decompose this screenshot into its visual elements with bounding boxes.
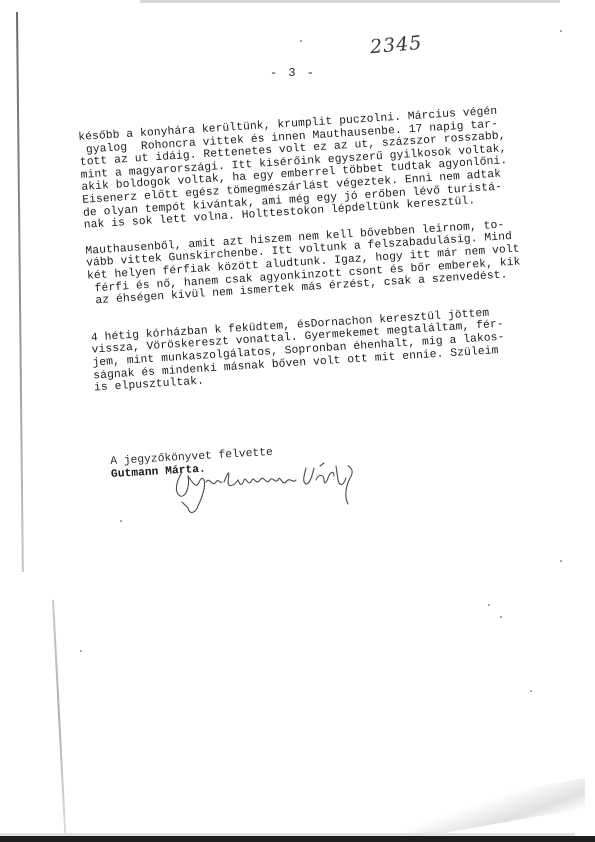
scan-bottom-border bbox=[0, 836, 595, 842]
page-fold-line-lower bbox=[52, 600, 66, 836]
handwritten-signature bbox=[168, 458, 363, 518]
handwritten-archive-number: 2345 bbox=[369, 32, 423, 58]
testimony-body: később a konyhára kerültünk, krumplit pu… bbox=[78, 102, 574, 395]
document-page: 2345 - 3 - később a konyhára kerültünk, … bbox=[0, 0, 595, 842]
scan-top-shadow bbox=[140, 0, 560, 3]
page-number: - 3 - bbox=[270, 66, 316, 80]
page-fold-line bbox=[16, 12, 23, 572]
scan-bottom-shadow bbox=[405, 778, 585, 840]
